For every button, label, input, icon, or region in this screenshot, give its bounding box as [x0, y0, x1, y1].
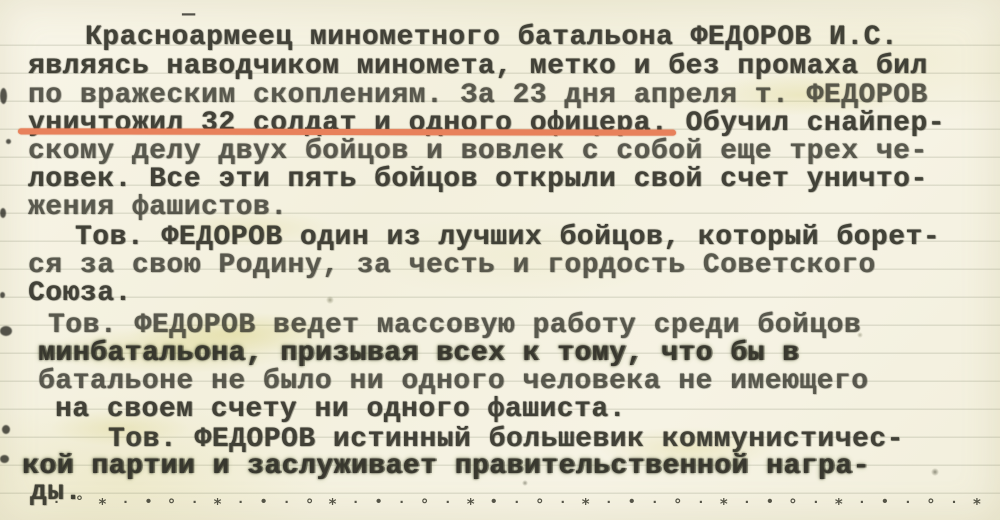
text-line: Тов. ФЕДОРОВ один из лучших бойцов, кото…	[75, 222, 940, 253]
scan-artifact	[0, 208, 6, 218]
text-line: по вражеским скоплениям. За 23 дня апрел…	[28, 80, 928, 111]
scan-artifact	[0, 88, 7, 104]
scan-artifact	[0, 455, 9, 463]
text-line: ся за свою Родину, за честь и гордость С…	[28, 250, 876, 281]
scan-artifact	[0, 326, 12, 336]
text-line: Союза.	[28, 278, 132, 309]
text-line: жения фашистов.	[28, 192, 288, 223]
text-line: Красноармеец минометного батальона ФЕДОР…	[85, 22, 898, 53]
text-line: скому делу двух бойцов и вовлек с собой …	[28, 136, 928, 167]
text-line: кой партии и заслуживает правительственн…	[22, 451, 870, 482]
text-line: являясь наводчиком миномета, метко и без…	[28, 51, 928, 82]
text-line: Тов. ФЕДОРОВ ведет массовую работу среди…	[48, 310, 861, 341]
text-line: ловек. Все эти пять бойцов открыли свой …	[28, 164, 928, 195]
scanned-document-page: — Красноармеец минометного батальона ФЕД…	[0, 0, 1000, 520]
scan-artifact	[6, 139, 11, 144]
text-line: батальоне не было ни одного человека не …	[38, 366, 869, 397]
scan-artifact	[2, 425, 10, 434]
scan-artifact	[0, 292, 5, 298]
text-line: на своем счету ни одного фашиста.	[55, 394, 626, 425]
typed-dotted-line: ·°∗·•∘·∗·•·∘∗·•·∘·∗•·∘·∗·•·∘·∗·•∘·∗·•·∘·…	[52, 492, 992, 511]
text-line: минбатальона, призывая всех к тому, что …	[38, 338, 799, 369]
